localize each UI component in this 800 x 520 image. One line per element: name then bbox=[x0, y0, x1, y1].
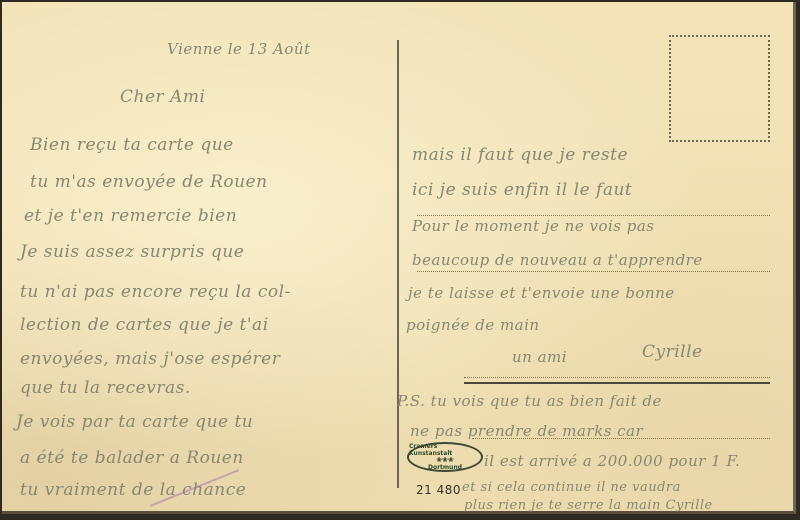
text-line: que tu la recevras. bbox=[20, 378, 191, 398]
address-line-3 bbox=[464, 377, 770, 378]
text-line: je te laisse et t'envoie une bonne bbox=[408, 284, 675, 302]
salutation: Cher Ami bbox=[120, 87, 205, 107]
text-line: tu m'as envoyée de Rouen bbox=[30, 172, 268, 192]
publisher-name: Cramers Kunstanstalt bbox=[409, 443, 481, 457]
postcard-back: Vienne le 13 Août Cher Ami Bien reçu ta … bbox=[2, 2, 796, 514]
catalog-number: 21 480 bbox=[416, 483, 461, 497]
text-line: poignée de main bbox=[406, 316, 540, 334]
text-line: mais il faut que je reste bbox=[412, 145, 628, 165]
text-line: plus rien je te serre la main Cyrille bbox=[464, 498, 713, 513]
text-line: Je vois par ta carte que tu bbox=[16, 412, 253, 432]
closing: un ami bbox=[512, 348, 567, 366]
text-line: a été te balader a Rouen bbox=[20, 448, 244, 468]
center-divider bbox=[397, 40, 399, 488]
text-line: Je suis assez surpris que bbox=[20, 242, 244, 262]
address-line-2 bbox=[417, 271, 770, 272]
stamp-box bbox=[669, 35, 770, 142]
flower-icon: ❀❀❀ bbox=[436, 457, 454, 464]
text-line: beaucoup de nouveau a t'apprendre bbox=[412, 251, 703, 269]
publisher-city: Dortmund bbox=[428, 464, 462, 471]
text-line: Pour le moment je ne vois pas bbox=[412, 217, 654, 235]
signature: Cyrille bbox=[642, 342, 703, 362]
text-line: ne pas prendre de marks car bbox=[410, 422, 643, 440]
text-line: P.S. tu vois que tu as bien fait de bbox=[397, 392, 662, 410]
date-line: Vienne le 13 Août bbox=[167, 40, 311, 58]
publisher-logo: Cramers Kunstanstalt ❀❀❀ Dortmund bbox=[407, 442, 483, 472]
text-line: tu vraiment de la chance bbox=[20, 480, 246, 500]
address-rule bbox=[464, 382, 770, 384]
text-line: et si cela continue il ne vaudra bbox=[462, 480, 681, 495]
text-line: ici je suis enfin il le faut bbox=[412, 180, 632, 200]
text-line: il est arrivé a 200.000 pour 1 F. bbox=[484, 452, 740, 470]
text-line: tu n'ai pas encore reçu la col- bbox=[20, 282, 291, 302]
text-line: et je t'en remercie bien bbox=[24, 206, 237, 226]
text-line: envoyées, mais j'ose espérer bbox=[20, 349, 280, 369]
address-line-1 bbox=[417, 215, 770, 216]
text-line: Bien reçu ta carte que bbox=[30, 135, 234, 155]
text-line: lection de cartes que je t'ai bbox=[20, 315, 269, 335]
